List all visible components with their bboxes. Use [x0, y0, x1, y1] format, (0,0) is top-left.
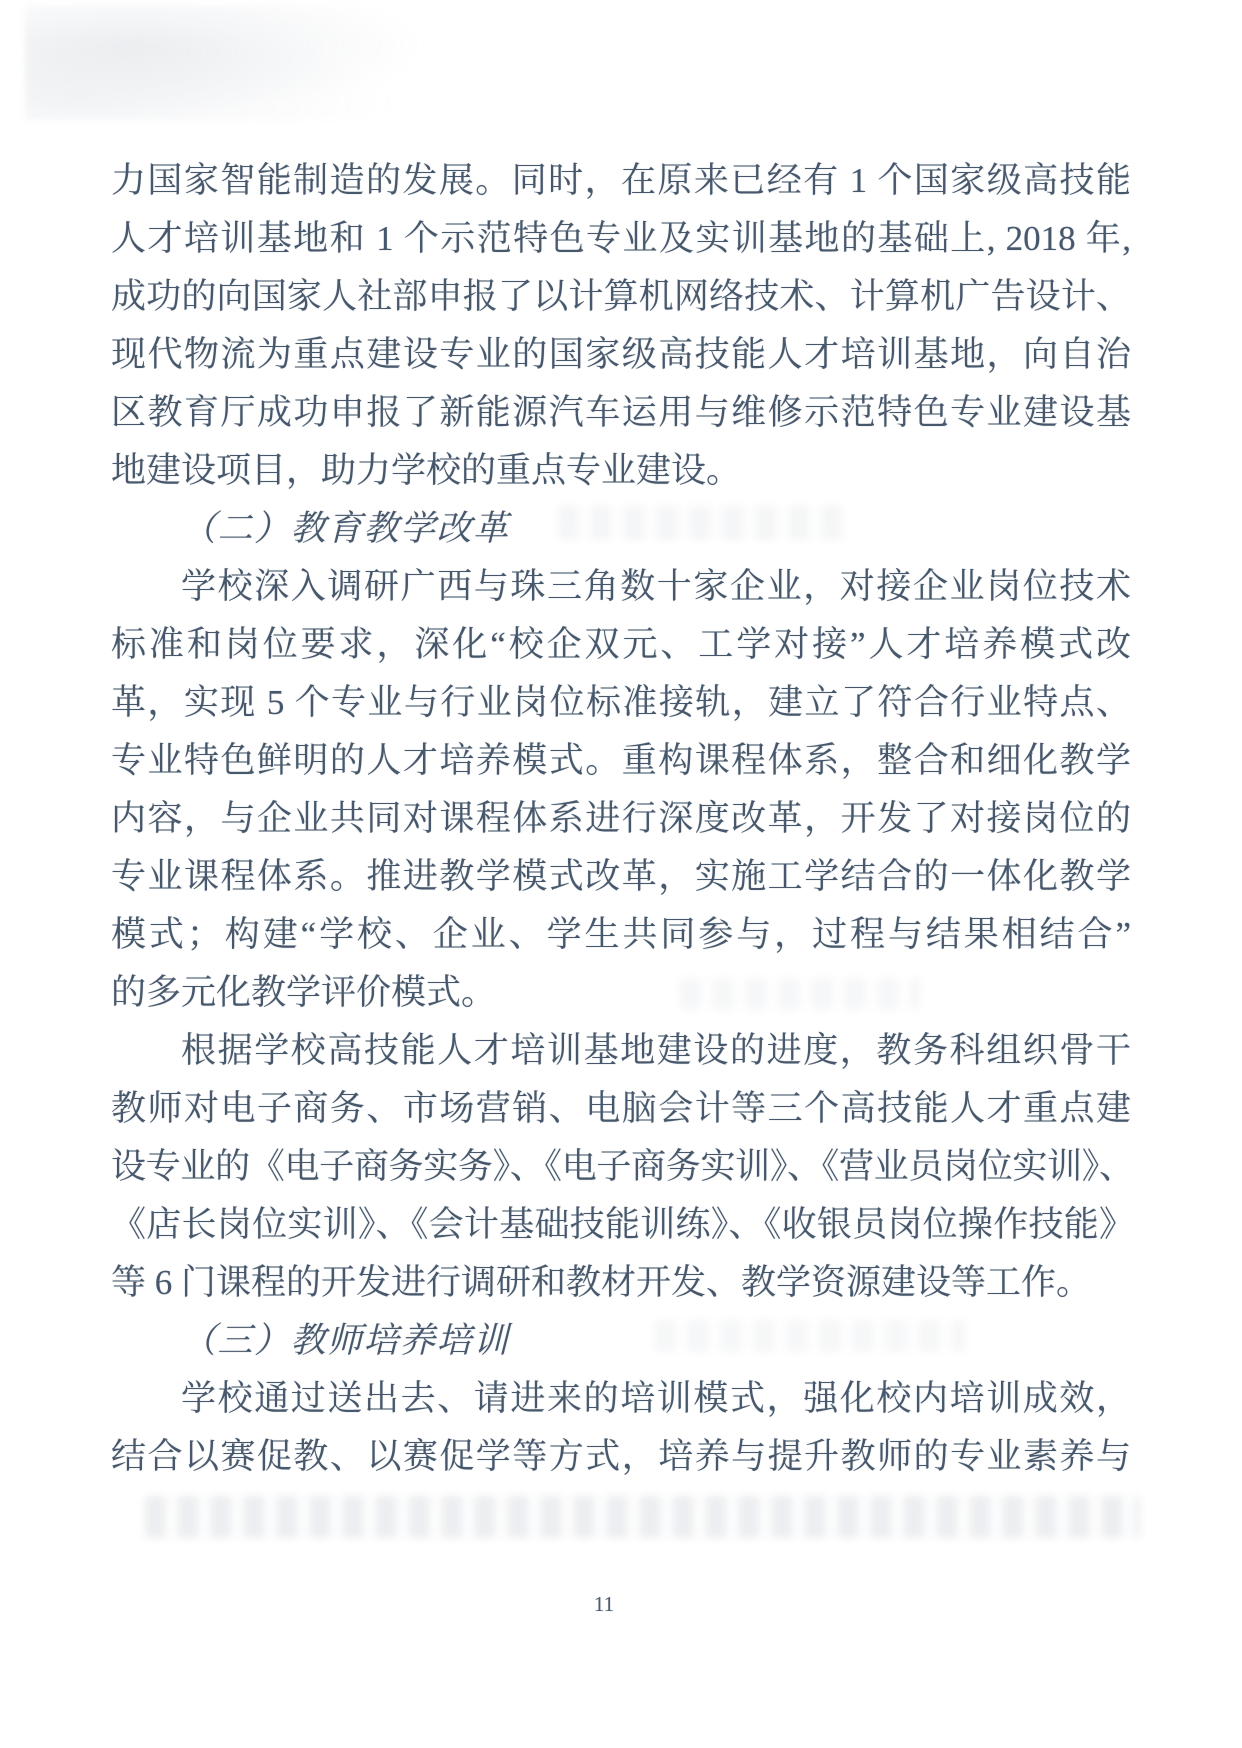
text-line: 根据学校高技能人才培训基地建设的进度，教务科组织骨干 [111, 1022, 1131, 1080]
text-line: 设专业的《电子商务实务》、《电子商务实训》、《营业员岗位实训》、 [111, 1138, 1131, 1196]
section-heading: （三）教师培养培训 [111, 1312, 1131, 1370]
text-line: 人才培训基地和 1 个示范特色专业及实训基地的基础上, 2018 年, [111, 210, 1131, 268]
text-block: 力国家智能制造的发展。同时，在原来已经有 1 个国家级高技能 人才培训基地和 1… [111, 152, 1131, 1486]
text-line: 标准和岗位要求，深化“校企双元、工学对接”人才培养模式改 [111, 616, 1131, 674]
text-line: 内容，与企业共同对课程体系进行深度改革，开发了对接岗位的 [111, 790, 1131, 848]
text-line: 成功的向国家人社部申报了以计算机网络技术、计算机广告设计、 [111, 268, 1131, 326]
text-line: 现代物流为重点建设专业的国家级高技能人才培训基地，向自治 [111, 326, 1131, 384]
section-heading: （二）教育教学改革 [111, 500, 1131, 558]
document-page: 力国家智能制造的发展。同时，在原来已经有 1 个国家级高技能 人才培训基地和 1… [0, 0, 1242, 1748]
text-line: 革，实现 5 个专业与行业岗位标准接轨，建立了符合行业特点、 [111, 674, 1131, 732]
text-line: 的多元化教学评价模式。 [111, 964, 1131, 1022]
bleed-through-artifact [145, 1496, 1140, 1538]
text-line: 模式；构建“学校、企业、学生共同参与，过程与结果相结合” [111, 906, 1131, 964]
text-line: 专业课程体系。推进教学模式改革，实施工学结合的一体化教学 [111, 848, 1131, 906]
scan-noise-artifact [25, 5, 455, 120]
text-line: 等 6 门课程的开发进行调研和教材开发、教学资源建设等工作。 [111, 1254, 1131, 1312]
text-line: 力国家智能制造的发展。同时，在原来已经有 1 个国家级高技能 [111, 152, 1131, 210]
page-footer: 11 [0, 1592, 1242, 1617]
page-number: 11 [594, 1592, 614, 1616]
text-line: 《店长岗位实训》、《会计基础技能训练》、《收银员岗位操作技能》 [111, 1196, 1131, 1254]
text-line: 学校深入调研广西与珠三角数十家企业，对接企业岗位技术 [111, 558, 1131, 616]
text-line: 教师对电子商务、市场营销、电脑会计等三个高技能人才重点建 [111, 1080, 1131, 1138]
text-line: 专业特色鲜明的人才培养模式。重构课程体系，整合和细化教学 [111, 732, 1131, 790]
text-line: 学校通过送出去、请进来的培训模式，强化校内培训成效， [111, 1370, 1131, 1428]
text-line: 区教育厅成功申报了新能源汽车运用与维修示范特色专业建设基 [111, 384, 1131, 442]
text-line: 地建设项目，助力学校的重点专业建设。 [111, 442, 1131, 500]
text-line: 结合以赛促教、以赛促学等方式，培养与提升教师的专业素养与 [111, 1428, 1131, 1486]
